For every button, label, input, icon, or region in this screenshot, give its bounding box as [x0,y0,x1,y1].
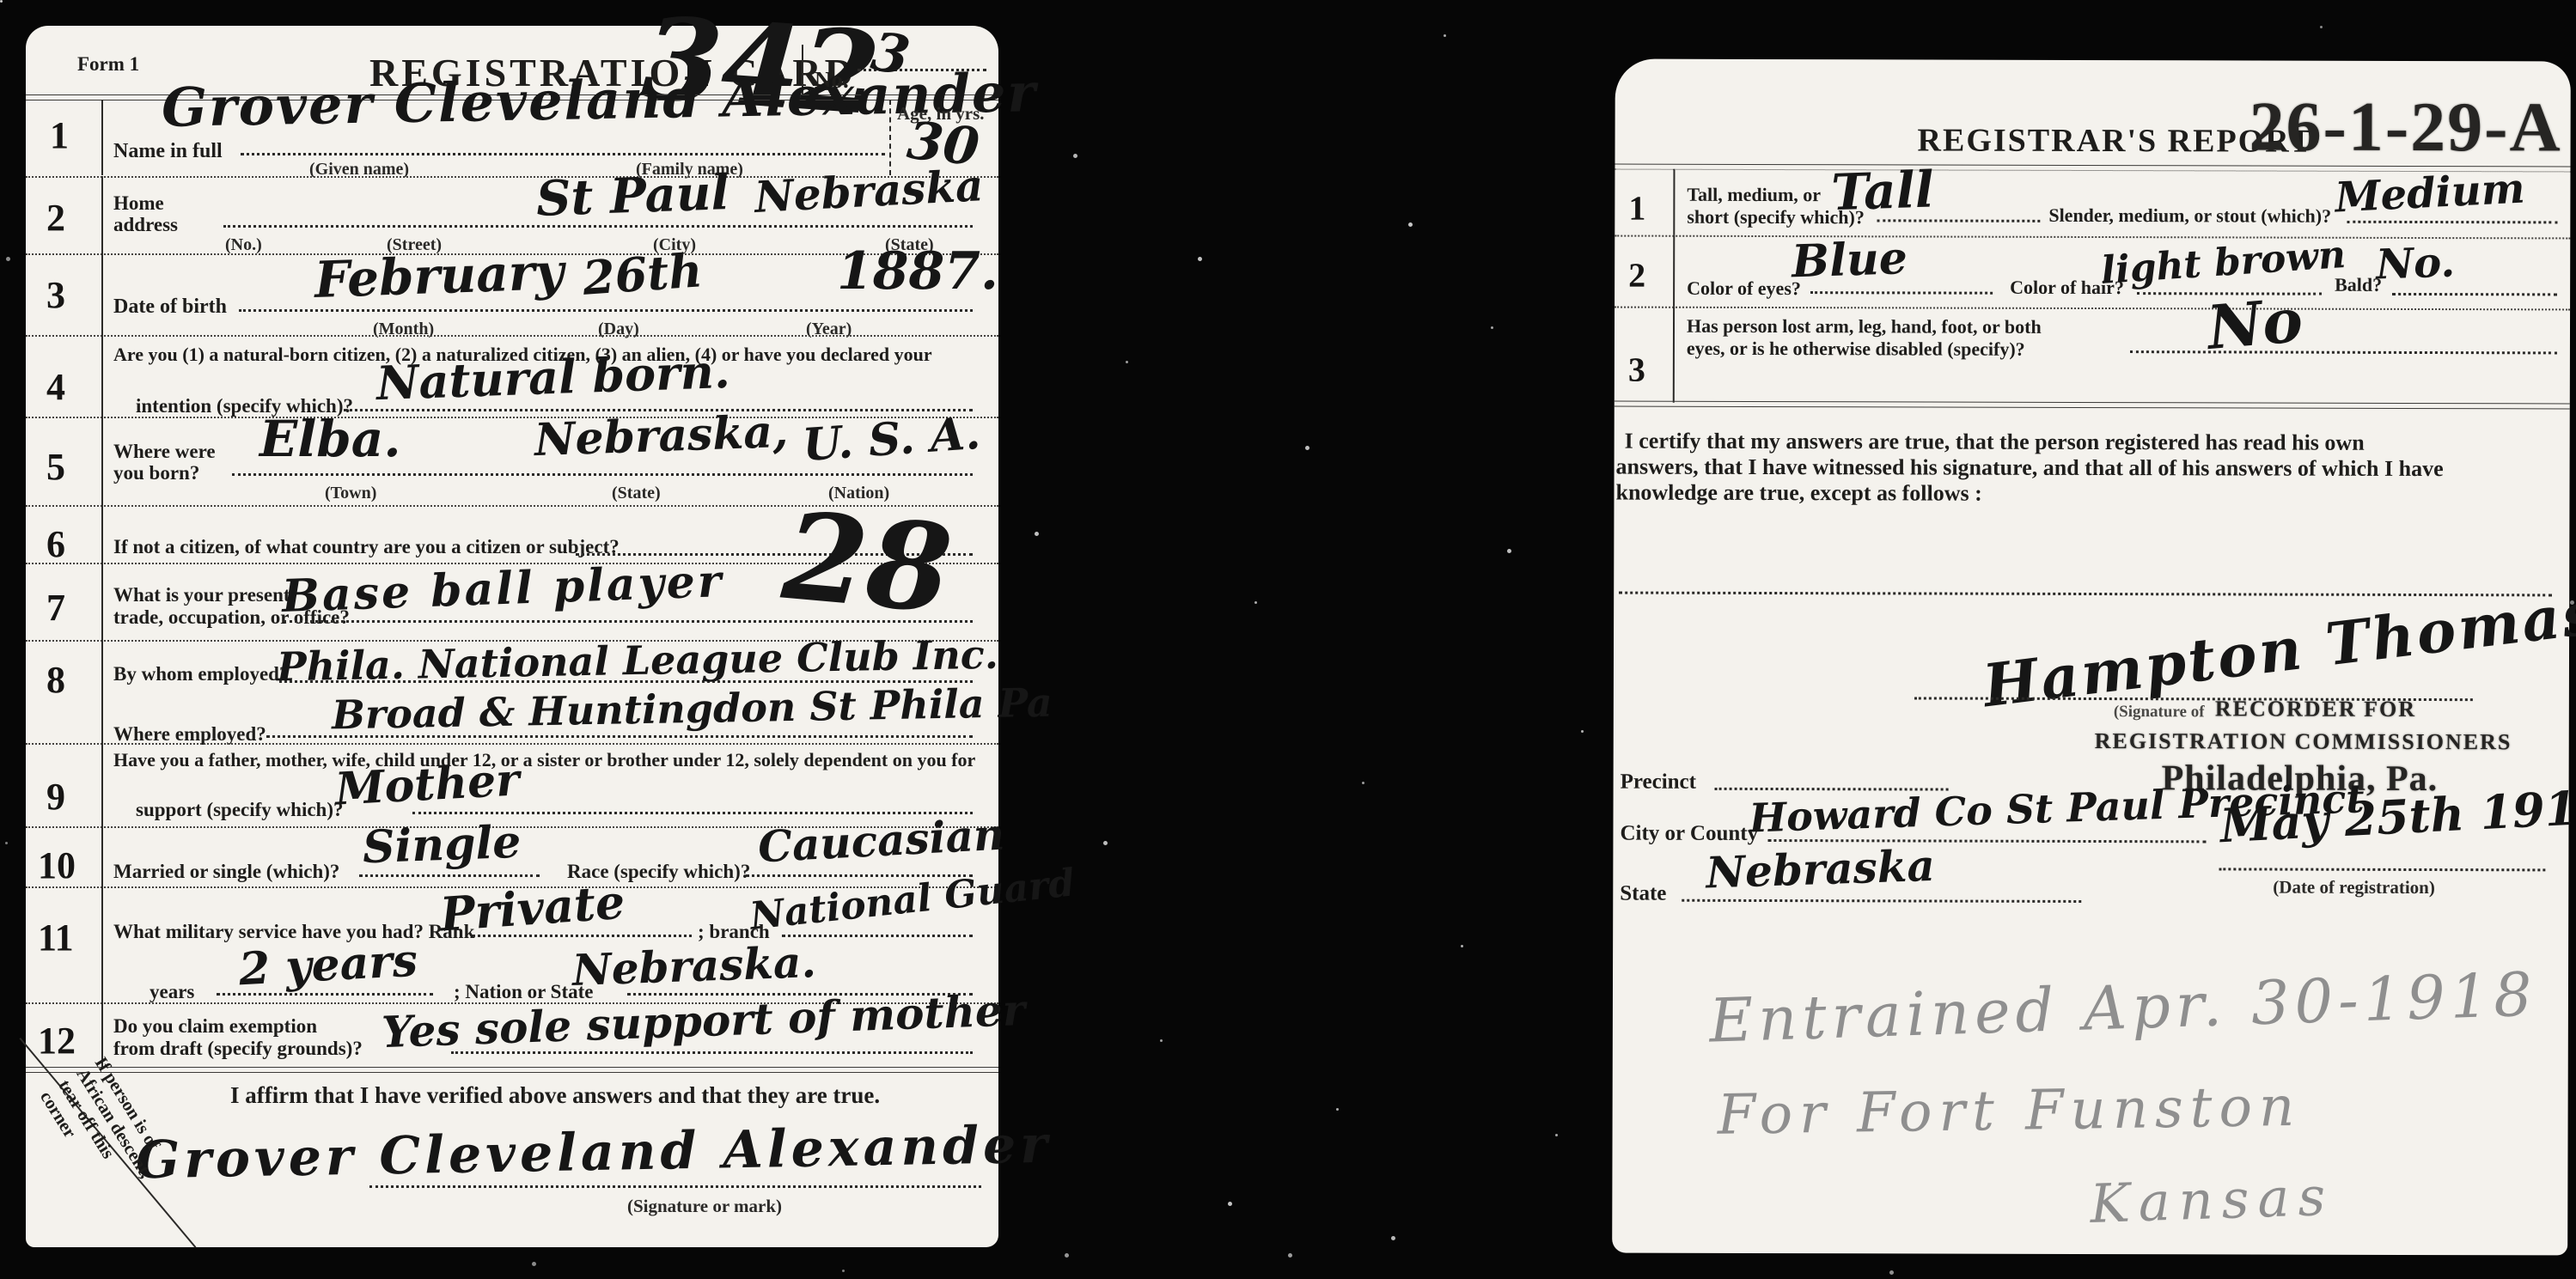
signature-caption: (Signature or mark) [627,1196,782,1217]
report-row1-build-handwritten: Medium [2334,168,2525,219]
registrars-report-card: REGISTRAR'S REPORT 26-1-29-A 1 Tall, med… [1612,59,2571,1256]
report-row2-bald-line [2392,293,2557,296]
row3-answer-year-handwritten: 1887. [837,246,998,297]
row2-label-line2: address [113,214,178,236]
row8-answer1-handwritten: Phila. National League Club Inc. [277,635,999,687]
row12-number: 12 [38,1019,76,1063]
report-row3-number: 3 [1628,350,1645,390]
certification-line3: knowledge are true, except as follows : [1615,480,1981,507]
row2-rule [101,176,103,253]
report-row1-label2: Slender, medium, or stout (which)? [2048,204,2331,228]
row5-caption-town: (Town) [325,484,376,503]
row6-number: 6 [46,522,65,566]
report-row3-double-separator [1615,401,2570,410]
row5-number: 5 [46,445,65,489]
row6-question: If not a citizen, of what country are yo… [113,536,620,558]
row5-answer-state-handwritten: Nebraska, [534,410,789,463]
row1-rule [101,100,103,175]
scan-dust-specks [0,0,3,3]
row2-answer-city-handwritten: St Paul [535,168,730,223]
row4-rule [101,335,103,417]
pencil-note-line2: For Fort Funston [1717,1080,2301,1143]
row11-nation-handwritten: Nebraska. [571,941,816,992]
row8-number: 8 [46,658,65,702]
form-number-label: Form 1 [77,53,139,76]
row9-number: 9 [46,775,65,819]
row12-double-separator [26,1067,998,1073]
row11-rank-handwritten: Private [438,879,626,938]
row5-rule [101,417,103,505]
row8-answer2-handwritten: Broad & Huntingdon St Phila Pa [332,683,1053,735]
registration-card: Form 1 REGISTRATION CARD 342 No. 3 1 Nam… [26,26,998,1247]
report-row2-bald-handwritten: No. [2375,242,2455,286]
row9-question-line2: support (specify which)? [136,799,344,821]
pencil-note-line1: Entrained Apr. 30-1918 [1708,965,2538,1051]
stamp-line2: REGISTRATION COMMISSIONERS [2095,728,2512,755]
row2-label-line1: Home [113,192,164,215]
row7-overwritten-number-handwritten: 28 [778,496,955,630]
scanned-document: Form 1 REGISTRATION CARD 342 No. 3 1 Nam… [0,0,2576,1279]
row6-rule [101,505,103,563]
row10-answer2-handwritten: Caucasian [757,813,1006,869]
pencil-note-line3: Kansas [2089,1170,2335,1231]
certification-line1: I certify that my answers are true, that… [1625,429,2365,456]
row11-rule [101,886,103,1002]
signature-line [369,1185,981,1188]
report-row2-label1: Color of eyes? [1687,277,1801,300]
city-county-label: City or County [1620,822,1758,846]
stamp-line1: RECORDER FOR [2215,696,2416,722]
report-row2-rule [1673,235,1675,307]
row5-label-line1: Where were [113,441,216,463]
row12-label-line2: from draft (specify grounds)? [113,1038,363,1060]
report-row2-hair-handwritten: light brown [2100,236,2347,290]
registration-date-caption: (Date of registration) [2273,877,2435,898]
row3-separator [26,335,998,337]
report-row2-number: 2 [1628,255,1645,295]
row3-number: 3 [46,273,65,317]
row5-answer-nation-handwritten: U. S. A. [801,411,981,468]
report-row3-answer-handwritten: No [2205,290,2304,358]
report-row1-build-line [2347,221,2557,224]
row10-label1: Married or single (which)? [113,861,339,883]
row3-answer-line [239,309,973,312]
certification-line2: answers, that I have witnessed his signa… [1616,454,2444,483]
row8-rule [101,640,103,743]
report-row3-question-line1: Has person lost arm, leg, hand, foot, or… [1687,315,2042,338]
row2-answer-line [223,225,973,228]
registrant-signature-handwritten: Grover Cleveland Alexander [136,1119,1053,1187]
row7-rule [101,563,103,640]
state-label: State [1620,882,1666,906]
row10-answer1-handwritten: Single [362,820,522,870]
row4-answer-handwritten: Natural born. [375,348,730,406]
exceptions-blank-line [1619,592,2552,597]
state-answer-handwritten: Nebraska [1706,844,1936,895]
report-row2-label3: Bald? [2335,274,2382,296]
row5-answer-line [232,473,973,476]
registration-date-line [2219,868,2545,871]
row3-answer-day-handwritten: 26th [581,247,704,301]
report-row1-label-line1: Tall, medium, or [1687,184,1821,206]
report-row2-separator [1615,307,2570,311]
row11-label3: years [150,981,194,1003]
row5-caption-state: (State) [612,484,661,503]
row8-separator [26,743,998,745]
row10-rule [101,826,103,886]
row10-answer1-line [359,874,540,877]
row1-label: Name in full [113,140,223,163]
row11-years-handwritten: 2 years [238,939,418,993]
report-row1-height-handwritten: Tall [1831,164,1935,217]
row3-answer-month-handwritten: February [314,247,565,305]
row10-number: 10 [38,844,76,887]
report-row1-rule [1673,169,1675,235]
report-row3-question-line2: eyes, or is he otherwise disabled (speci… [1687,338,2025,361]
row2-answer-state-handwritten: Nebraska [754,164,985,219]
row1-number: 1 [50,113,69,157]
report-row3-answer-line [2130,350,2557,354]
row12-label-line1: Do you claim exemption [113,1015,317,1038]
row5-answer-town-handwritten: Elba. [259,414,401,464]
report-row1-height-line [1877,219,2040,222]
registrar-signature-caption: (Signature of [2114,703,2205,722]
row2-caption-no: (No.) [225,235,262,255]
row8-label1: By whom employed? [113,663,289,685]
report-row1-number: 1 [1628,188,1645,228]
precinct-label: Precinct [1621,770,1696,795]
row3-label: Date of birth [113,295,227,319]
row9-rule [101,743,103,826]
row1-answer-line [241,153,885,155]
report-row2-eyes-line [1810,291,1993,295]
report-row2-eyes-handwritten: Blue [1791,236,1908,284]
row5-label-line2: you born? [113,462,199,484]
row11-number: 11 [38,916,74,959]
row9-answer-handwritten: Mother [334,758,521,812]
row7-number: 7 [46,586,65,630]
row4-number: 4 [46,365,65,409]
affirmation-statement: I affirm that I have verified above answ… [230,1082,880,1109]
row2-number: 2 [46,196,65,240]
row7-label-line1: What is your present [113,584,290,606]
report-stamp-code: 26-1-29-A [2249,86,2561,167]
row9-question-line1: Have you a father, mother, wife, child u… [113,749,975,771]
state-line [1682,899,2081,903]
row3-rule [101,253,103,335]
report-row3-rule [1673,307,1675,403]
row7-answer-handwritten: Base ball player [281,559,724,619]
